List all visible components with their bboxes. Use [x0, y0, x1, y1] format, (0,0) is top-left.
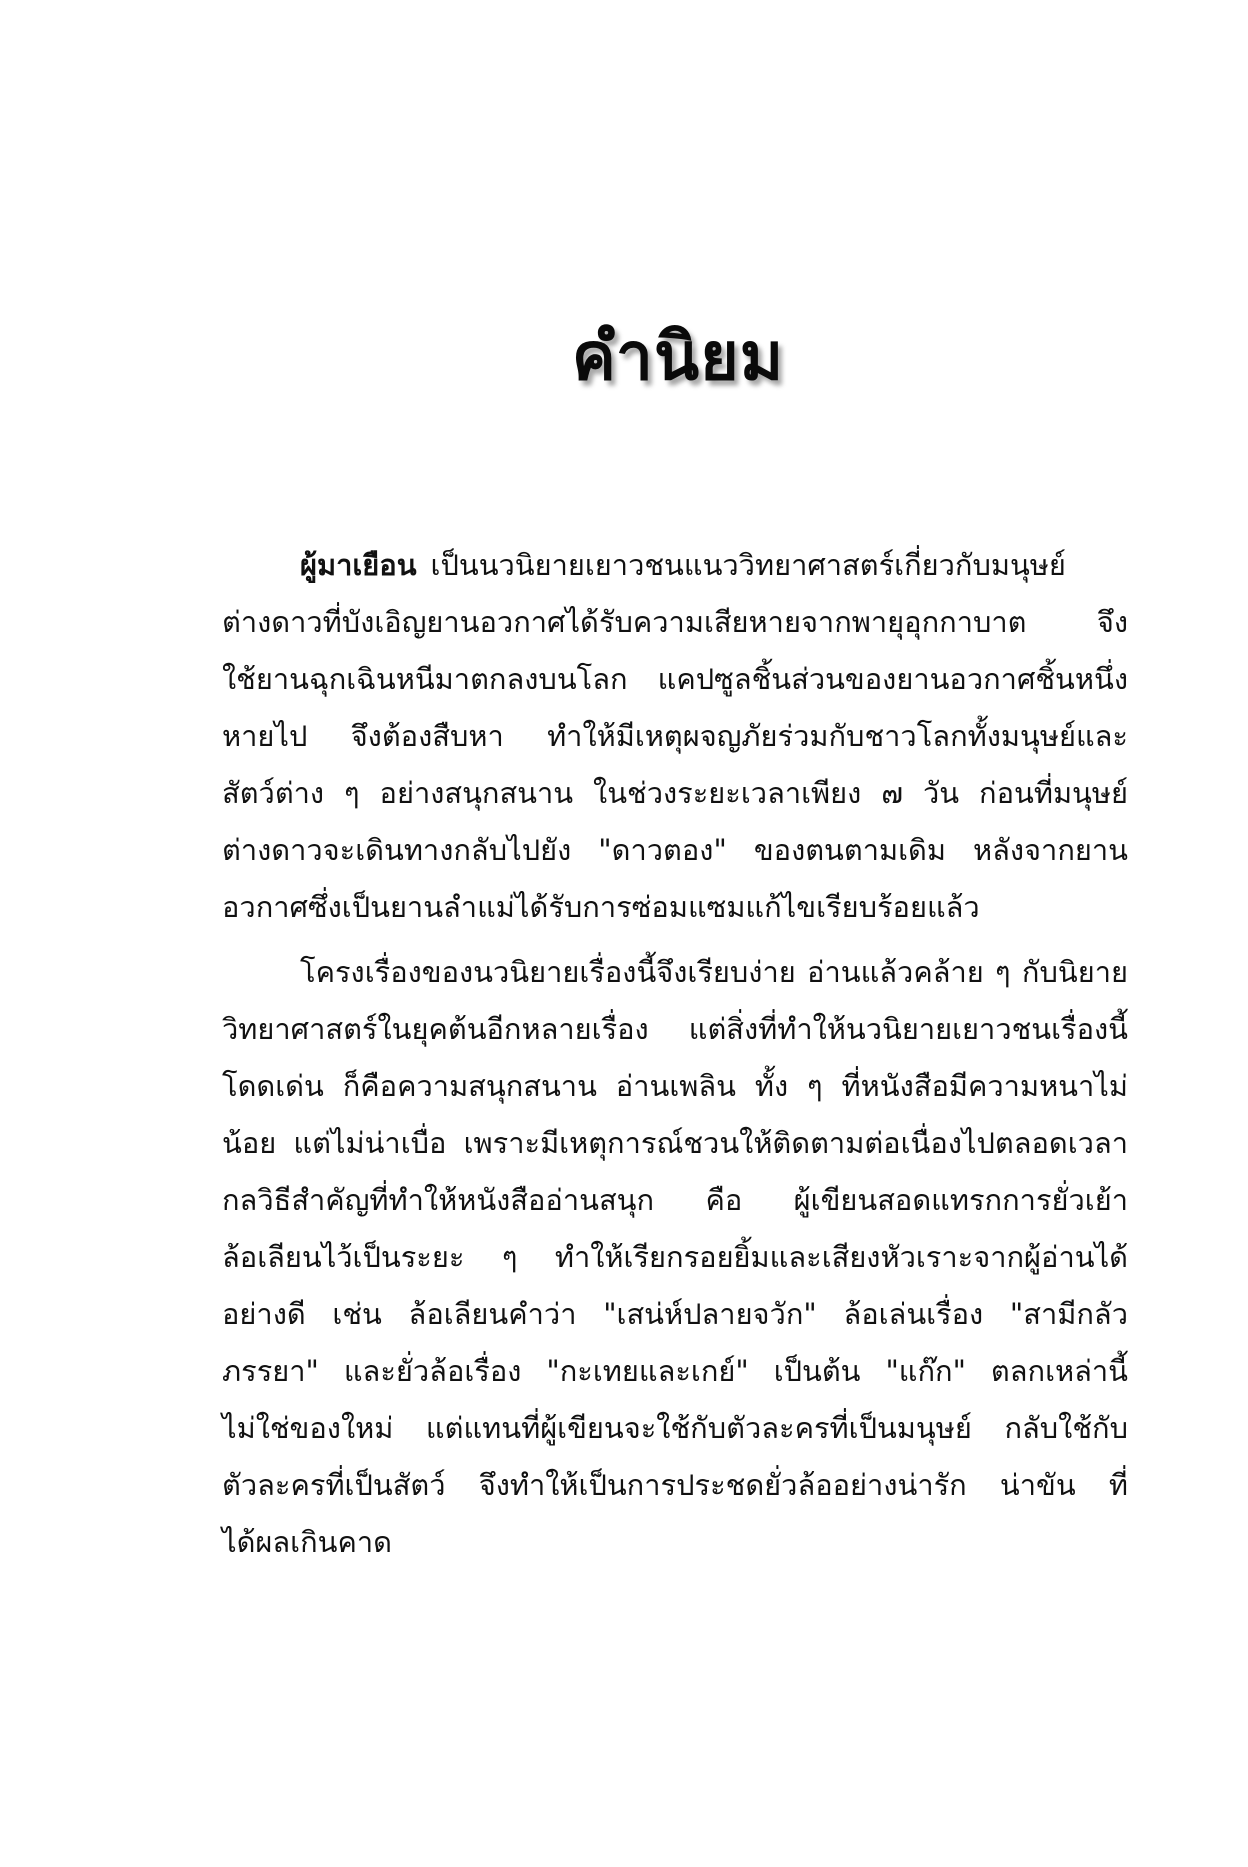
document-page: คำนิยม ผู้มาเยือนเป็นนวนิยายเยาวชนแนววิท… — [0, 0, 1248, 1867]
book-title-term: ผู้มาเยือน — [300, 548, 417, 582]
page-title: คำนิยม — [478, 312, 878, 402]
text-line: หายไป จึงต้องสืบหา ทำให้มีเหตุผจญภัยร่วม… — [222, 708, 1128, 765]
text-line: อย่างดี เช่น ล้อเลียนคำว่า "เสน่ห์ปลายจว… — [222, 1286, 1128, 1343]
body-text: ผู้มาเยือนเป็นนวนิยายเยาวชนแนววิทยาศาสตร… — [222, 537, 1128, 1571]
text-line: ได้ผลเกินคาด — [222, 1514, 1128, 1571]
paragraph-1: ผู้มาเยือนเป็นนวนิยายเยาวชนแนววิทยาศาสตร… — [222, 537, 1128, 936]
paragraph-2: โครงเรื่องของนวนิยายเรื่องนี้จึงเรียบง่า… — [222, 944, 1128, 1571]
text-line: ต่างดาวจะเดินทางกลับไปยัง "ดาวตอง" ของตน… — [222, 822, 1128, 879]
text-line: กลวิธีสำคัญที่ทำให้หนังสืออ่านสนุก คือ ผ… — [222, 1172, 1128, 1229]
text-line: ใช้ยานฉุกเฉินหนีมาตกลงบนโลก แคปซูลชิ้นส่… — [222, 651, 1128, 708]
text-line: ล้อเลียนไว้เป็นระยะ ๆ ทำให้เรียกรอยยิ้มแ… — [222, 1229, 1128, 1286]
text-line: ผู้มาเยือนเป็นนวนิยายเยาวชนแนววิทยาศาสตร… — [222, 537, 1128, 594]
text-line: ภรรยา" และยั่วล้อเรื่อง "กะเทยและเกย์" เ… — [222, 1343, 1128, 1400]
text-line: ไม่ใช่ของใหม่ แต่แทนที่ผู้เขียนจะใช้กับต… — [222, 1400, 1128, 1457]
text-line: น้อย แต่ไม่น่าเบื่อ เพราะมีเหตุการณ์ชวนใ… — [222, 1115, 1128, 1172]
text-line: ต่างดาวที่บังเอิญยานอวกาศได้รับความเสียห… — [222, 594, 1128, 651]
text-line: สัตว์ต่าง ๆ อย่างสนุกสนาน ในช่วงระยะเวลา… — [222, 765, 1128, 822]
text-line: วิทยาศาสตร์ในยุคต้นอีกหลายเรื่อง แต่สิ่ง… — [222, 1001, 1128, 1058]
text-line: โครงเรื่องของนวนิยายเรื่องนี้จึงเรียบง่า… — [222, 944, 1128, 1001]
text-line: โดดเด่น ก็คือความสนุกสนาน อ่านเพลิน ทั้ง… — [222, 1058, 1128, 1115]
text-line: อวกาศซึ่งเป็นยานลำแม่ได้รับการซ่อมแซมแก้… — [222, 879, 1128, 936]
text-line: ตัวละครที่เป็นสัตว์ จึงทำให้เป็นการประชด… — [222, 1457, 1128, 1514]
